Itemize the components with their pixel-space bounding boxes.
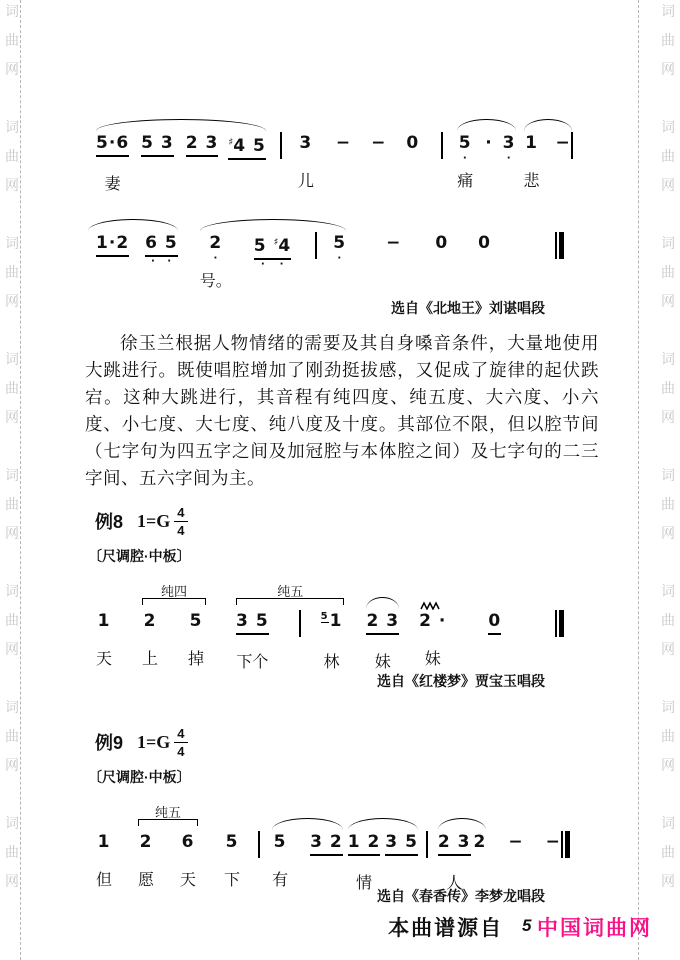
- low-octave-dot: ·: [280, 260, 284, 269]
- watermark-char: 网: [661, 410, 675, 424]
- note-cell: 3儿: [298, 120, 314, 190]
- watermark-char: 曲: [661, 381, 675, 395]
- note-numbers: 5: [274, 831, 287, 853]
- note-numbers: 2 3: [186, 132, 219, 157]
- watermark-group: 词曲网: [658, 700, 678, 772]
- watermark-char: 词: [5, 700, 19, 714]
- time-signature-denominator: 4: [177, 522, 184, 537]
- lyric: 儿: [298, 168, 314, 190]
- watermark-char: 词: [5, 120, 19, 134]
- note-numbers: 5 3: [141, 132, 174, 157]
- watermark-char: 网: [5, 410, 19, 424]
- example8-header: 例8 1=G 4 4: [95, 506, 620, 536]
- note-cell: 1但: [96, 819, 112, 889]
- lyric: 人: [446, 870, 462, 892]
- watermark-column-left: 词曲网词曲网词曲网词曲网词曲网词曲网词曲网词曲网: [2, 4, 22, 888]
- note-numbers: 1: [525, 132, 538, 154]
- note-numbers: 0: [406, 132, 419, 154]
- note-numbers: −: [371, 132, 386, 154]
- footer-site-name: 中国词曲网: [537, 917, 652, 940]
- note-numbers: −: [546, 831, 561, 853]
- note-numbers: 3: [299, 132, 312, 154]
- watermark-char: 网: [5, 874, 19, 888]
- watermark-char: 网: [661, 758, 675, 772]
- low-octave-dot: ·: [167, 257, 171, 266]
- lyric: 天: [180, 867, 196, 889]
- example8-tempo-marking: 〔尺调腔·中板〕: [88, 546, 620, 566]
- watermark-column-right: 词曲网词曲网词曲网词曲网词曲网词曲网词曲网词曲网: [658, 4, 678, 888]
- grace-note: 5: [321, 611, 329, 623]
- lyric: 下: [224, 867, 240, 889]
- watermark-group: 词曲网: [2, 236, 22, 308]
- note-cell: 1天: [96, 598, 112, 668]
- watermark-group: 词曲网: [658, 584, 678, 656]
- note-cell: 3 5下个: [236, 598, 269, 671]
- time-signature-numerator: 4: [174, 726, 187, 743]
- watermark-char: 词: [5, 468, 19, 482]
- analysis-paragraph: 徐玉兰根据人物情绪的需要及其自身嗓音条件，大量地使用大跳进行。既使唱腔增加了刚劲…: [85, 330, 599, 492]
- watermark-char: 词: [5, 236, 19, 250]
- note-numbers: 1: [98, 610, 111, 632]
- note-numbers: 5 ♯4: [254, 232, 291, 260]
- watermark-char: 网: [661, 874, 675, 888]
- example8-label: 例8: [95, 508, 123, 534]
- watermark-group: 词曲网: [658, 120, 678, 192]
- lyric: 悲: [524, 168, 540, 190]
- lyric: 但: [96, 867, 112, 889]
- note-cell: 2愿: [138, 819, 154, 889]
- watermark-char: 词: [661, 352, 675, 366]
- notation-cells-2: 1·26 5··2·号。5 ♯4··5·−00: [96, 220, 564, 296]
- notation-system-3: 1天2上5掉3 5下个51林2 3妹2 ·妹0纯四纯五: [96, 568, 564, 671]
- note-numbers: −: [556, 132, 571, 154]
- note-cell: 2上: [142, 598, 158, 668]
- note-numbers: ♯4 5: [228, 132, 265, 160]
- watermark-group: 词曲网: [2, 700, 22, 772]
- watermark-char: 曲: [5, 265, 19, 279]
- lyric: 林: [324, 649, 340, 671]
- watermark-group: 词曲网: [658, 352, 678, 424]
- footer-source-text: 本曲谱源自: [388, 917, 503, 940]
- watermark-group: 词曲网: [658, 468, 678, 540]
- note-numbers: 2 ·: [419, 610, 446, 632]
- bar-line: [571, 120, 573, 159]
- notation-cells-3: 1天2上5掉3 5下个51林2 3妹2 ·妹0纯四纯五: [96, 598, 564, 671]
- lyric: 下个: [236, 649, 268, 671]
- bar-line: [426, 819, 428, 858]
- note-numbers: −: [336, 132, 351, 154]
- lyric: 天: [96, 646, 112, 668]
- attribution-beidiwang: 选自《北地王》刘谌唱段: [60, 298, 545, 318]
- example9-header: 例9 1=G 4 4: [95, 727, 620, 757]
- mordent-icon: [420, 601, 440, 610]
- lyric: 妹: [375, 649, 391, 671]
- watermark-char: 曲: [5, 729, 19, 743]
- watermark-char: 曲: [661, 265, 675, 279]
- watermark-char: 词: [661, 816, 675, 830]
- example9-time-signature: 4 4: [174, 726, 187, 758]
- example9-label: 例9: [95, 729, 123, 755]
- notation-cells-4: 1但2愿6天5下5有3 21 2情3 52 3人2−−纯五: [96, 819, 564, 892]
- watermark-char: 曲: [661, 149, 675, 163]
- note-cell: 5掉: [188, 598, 204, 668]
- watermark-char: 网: [661, 642, 675, 656]
- watermark-char: 网: [5, 758, 19, 772]
- watermark-char: 网: [5, 642, 19, 656]
- note-numbers: 3 5: [236, 610, 269, 635]
- watermark-char: 词: [5, 584, 19, 598]
- note-numbers: 3 2: [310, 831, 343, 856]
- note-numbers: 3 5: [385, 831, 418, 856]
- watermark-char: 曲: [5, 497, 19, 511]
- watermark-char: 网: [661, 294, 675, 308]
- example9-tempo-marking: 〔尺调腔·中板〕: [88, 767, 620, 787]
- watermark-char: 词: [5, 4, 19, 18]
- note-cell: −: [386, 220, 401, 290]
- watermark-char: 词: [661, 236, 675, 250]
- final-bar-line: [561, 819, 570, 858]
- note-numbers: 5·6: [96, 132, 129, 157]
- note-numbers: 2 3: [366, 610, 399, 635]
- final-bar-line: [555, 220, 564, 259]
- watermark-char: 曲: [5, 381, 19, 395]
- example8-time-signature: 4 4: [174, 505, 187, 537]
- note-numbers: 6: [182, 831, 195, 853]
- watermark-group: 词曲网: [658, 816, 678, 888]
- lyric: 有: [272, 867, 288, 889]
- dashed-border-left: [20, 0, 21, 960]
- watermark-group: 词曲网: [2, 4, 22, 76]
- low-octave-dot: ·: [261, 260, 265, 269]
- lyric: 情: [356, 870, 372, 892]
- watermark-char: 曲: [661, 33, 675, 47]
- low-octave-dot: ·: [214, 254, 218, 263]
- watermark-char: 词: [661, 120, 675, 134]
- note-numbers: 5: [190, 610, 203, 632]
- watermark-group: 词曲网: [658, 236, 678, 308]
- note-cell: −: [336, 120, 351, 190]
- example8-key-signature: 1=G: [137, 511, 170, 532]
- bar-line: [280, 120, 282, 159]
- time-signature-numerator: 4: [174, 505, 187, 522]
- lyric: 号。: [200, 268, 232, 290]
- lyric: 上: [142, 646, 158, 668]
- mordent-ornament: [419, 598, 447, 610]
- note-cell: ♯4 5: [228, 120, 265, 196]
- watermark-char: 网: [661, 526, 675, 540]
- note-cell: 6天: [180, 819, 196, 889]
- watermark-char: 词: [5, 816, 19, 830]
- watermark-group: 词曲网: [2, 352, 22, 424]
- interval-label: 纯四: [161, 581, 187, 600]
- watermark-char: 网: [5, 62, 19, 76]
- watermark-char: 曲: [661, 845, 675, 859]
- note-cell: 2 ·妹: [419, 598, 446, 668]
- note-cell: 5 ♯4··: [254, 220, 291, 296]
- watermark-group: 词曲网: [658, 4, 678, 76]
- interval-bracket: 纯五: [236, 598, 344, 605]
- lyric: 愿: [138, 867, 154, 889]
- bar-line: [258, 819, 260, 858]
- note-numbers: 0: [478, 232, 491, 254]
- note-numbers: ·: [485, 132, 492, 154]
- low-octave-dot: ·: [507, 154, 511, 163]
- low-octave-dot: ·: [463, 154, 467, 163]
- note-numbers: 51: [321, 610, 343, 635]
- note-numbers: −: [508, 831, 523, 853]
- bar-line: [441, 120, 443, 159]
- lyric: 掉: [188, 646, 204, 668]
- low-octave-dot: ·: [151, 257, 155, 266]
- note-cell: 51林: [321, 598, 343, 671]
- note-numbers: 1: [98, 831, 111, 853]
- watermark-group: 词曲网: [2, 816, 22, 888]
- watermark-group: 词曲网: [2, 120, 22, 192]
- dashed-border-right: [638, 0, 639, 960]
- note-cell: 5下: [224, 819, 240, 889]
- example9-key-signature: 1=G: [137, 732, 170, 753]
- note-numbers: 2: [144, 610, 157, 632]
- note-numbers: 2: [140, 831, 153, 853]
- note-numbers: 0: [488, 610, 501, 635]
- lyric: 妻: [105, 171, 121, 193]
- notation-cells-1: 5·6妻5 32 3♯4 53儿−−05·痛·3·1悲−: [96, 120, 564, 196]
- lyric: 妹: [425, 646, 441, 668]
- watermark-char: 曲: [661, 497, 675, 511]
- watermark-char: 网: [5, 294, 19, 308]
- watermark-group: 词曲网: [2, 584, 22, 656]
- note-cell: 0: [478, 220, 491, 290]
- watermark-char: 曲: [5, 149, 19, 163]
- watermark-char: 网: [5, 178, 19, 192]
- note-cell: 0: [406, 120, 419, 190]
- page-content: 5·6妻5 32 3♯4 53儿−−05·痛·3·1悲− 1·26 5··2·号…: [60, 0, 620, 936]
- footer-source-line: 本曲谱源自 中国词曲网: [388, 912, 652, 942]
- note-cell: 0: [488, 598, 501, 671]
- watermark-char: 曲: [661, 613, 675, 627]
- watermark-char: 曲: [5, 613, 19, 627]
- final-bar-line: [555, 598, 564, 637]
- interval-label: 纯五: [155, 802, 181, 821]
- note-numbers: 1 2: [348, 831, 381, 856]
- notation-system-2: 1·26 5··2·号。5 ♯4··5·−00: [96, 204, 564, 296]
- watermark-char: 词: [661, 468, 675, 482]
- watermark-char: 网: [661, 178, 675, 192]
- note-cell: −: [546, 819, 561, 889]
- attribution-hongloumeng: 选自《红楼梦》贾宝玉唱段: [60, 671, 545, 691]
- interval-label: 纯五: [277, 581, 303, 600]
- note-numbers: 2 3: [438, 831, 471, 856]
- note-cell: 0: [435, 220, 448, 290]
- watermark-group: 词曲网: [2, 468, 22, 540]
- watermark-char: 词: [661, 700, 675, 714]
- note-numbers: −: [386, 232, 401, 254]
- note-cell: −: [371, 120, 386, 190]
- note-numbers: 6 5: [145, 232, 178, 257]
- watermark-char: 词: [661, 4, 675, 18]
- note-cell: −: [508, 819, 523, 889]
- watermark-char: 曲: [5, 33, 19, 47]
- interval-bracket: 纯四: [142, 598, 206, 605]
- interval-bracket: 纯五: [138, 819, 198, 826]
- notation-system-1: 5·6妻5 32 3♯4 53儿−−05·痛·3·1悲−: [96, 104, 564, 196]
- note-numbers: 1·2: [96, 232, 129, 257]
- watermark-char: 曲: [5, 845, 19, 859]
- watermark-char: 网: [5, 526, 19, 540]
- note-numbers: 5: [226, 831, 239, 853]
- low-octave-dot: ·: [337, 254, 341, 263]
- note-numbers: 2: [474, 831, 487, 853]
- note-numbers: 0: [435, 232, 448, 254]
- lyric: 痛: [457, 168, 473, 190]
- watermark-char: 词: [5, 352, 19, 366]
- watermark-char: 词: [661, 584, 675, 598]
- notation-system-4: 1但2愿6天5下5有3 21 2情3 52 3人2−−纯五: [96, 789, 564, 892]
- watermark-char: 网: [661, 62, 675, 76]
- watermark-char: 曲: [661, 729, 675, 743]
- time-signature-denominator: 4: [177, 743, 184, 758]
